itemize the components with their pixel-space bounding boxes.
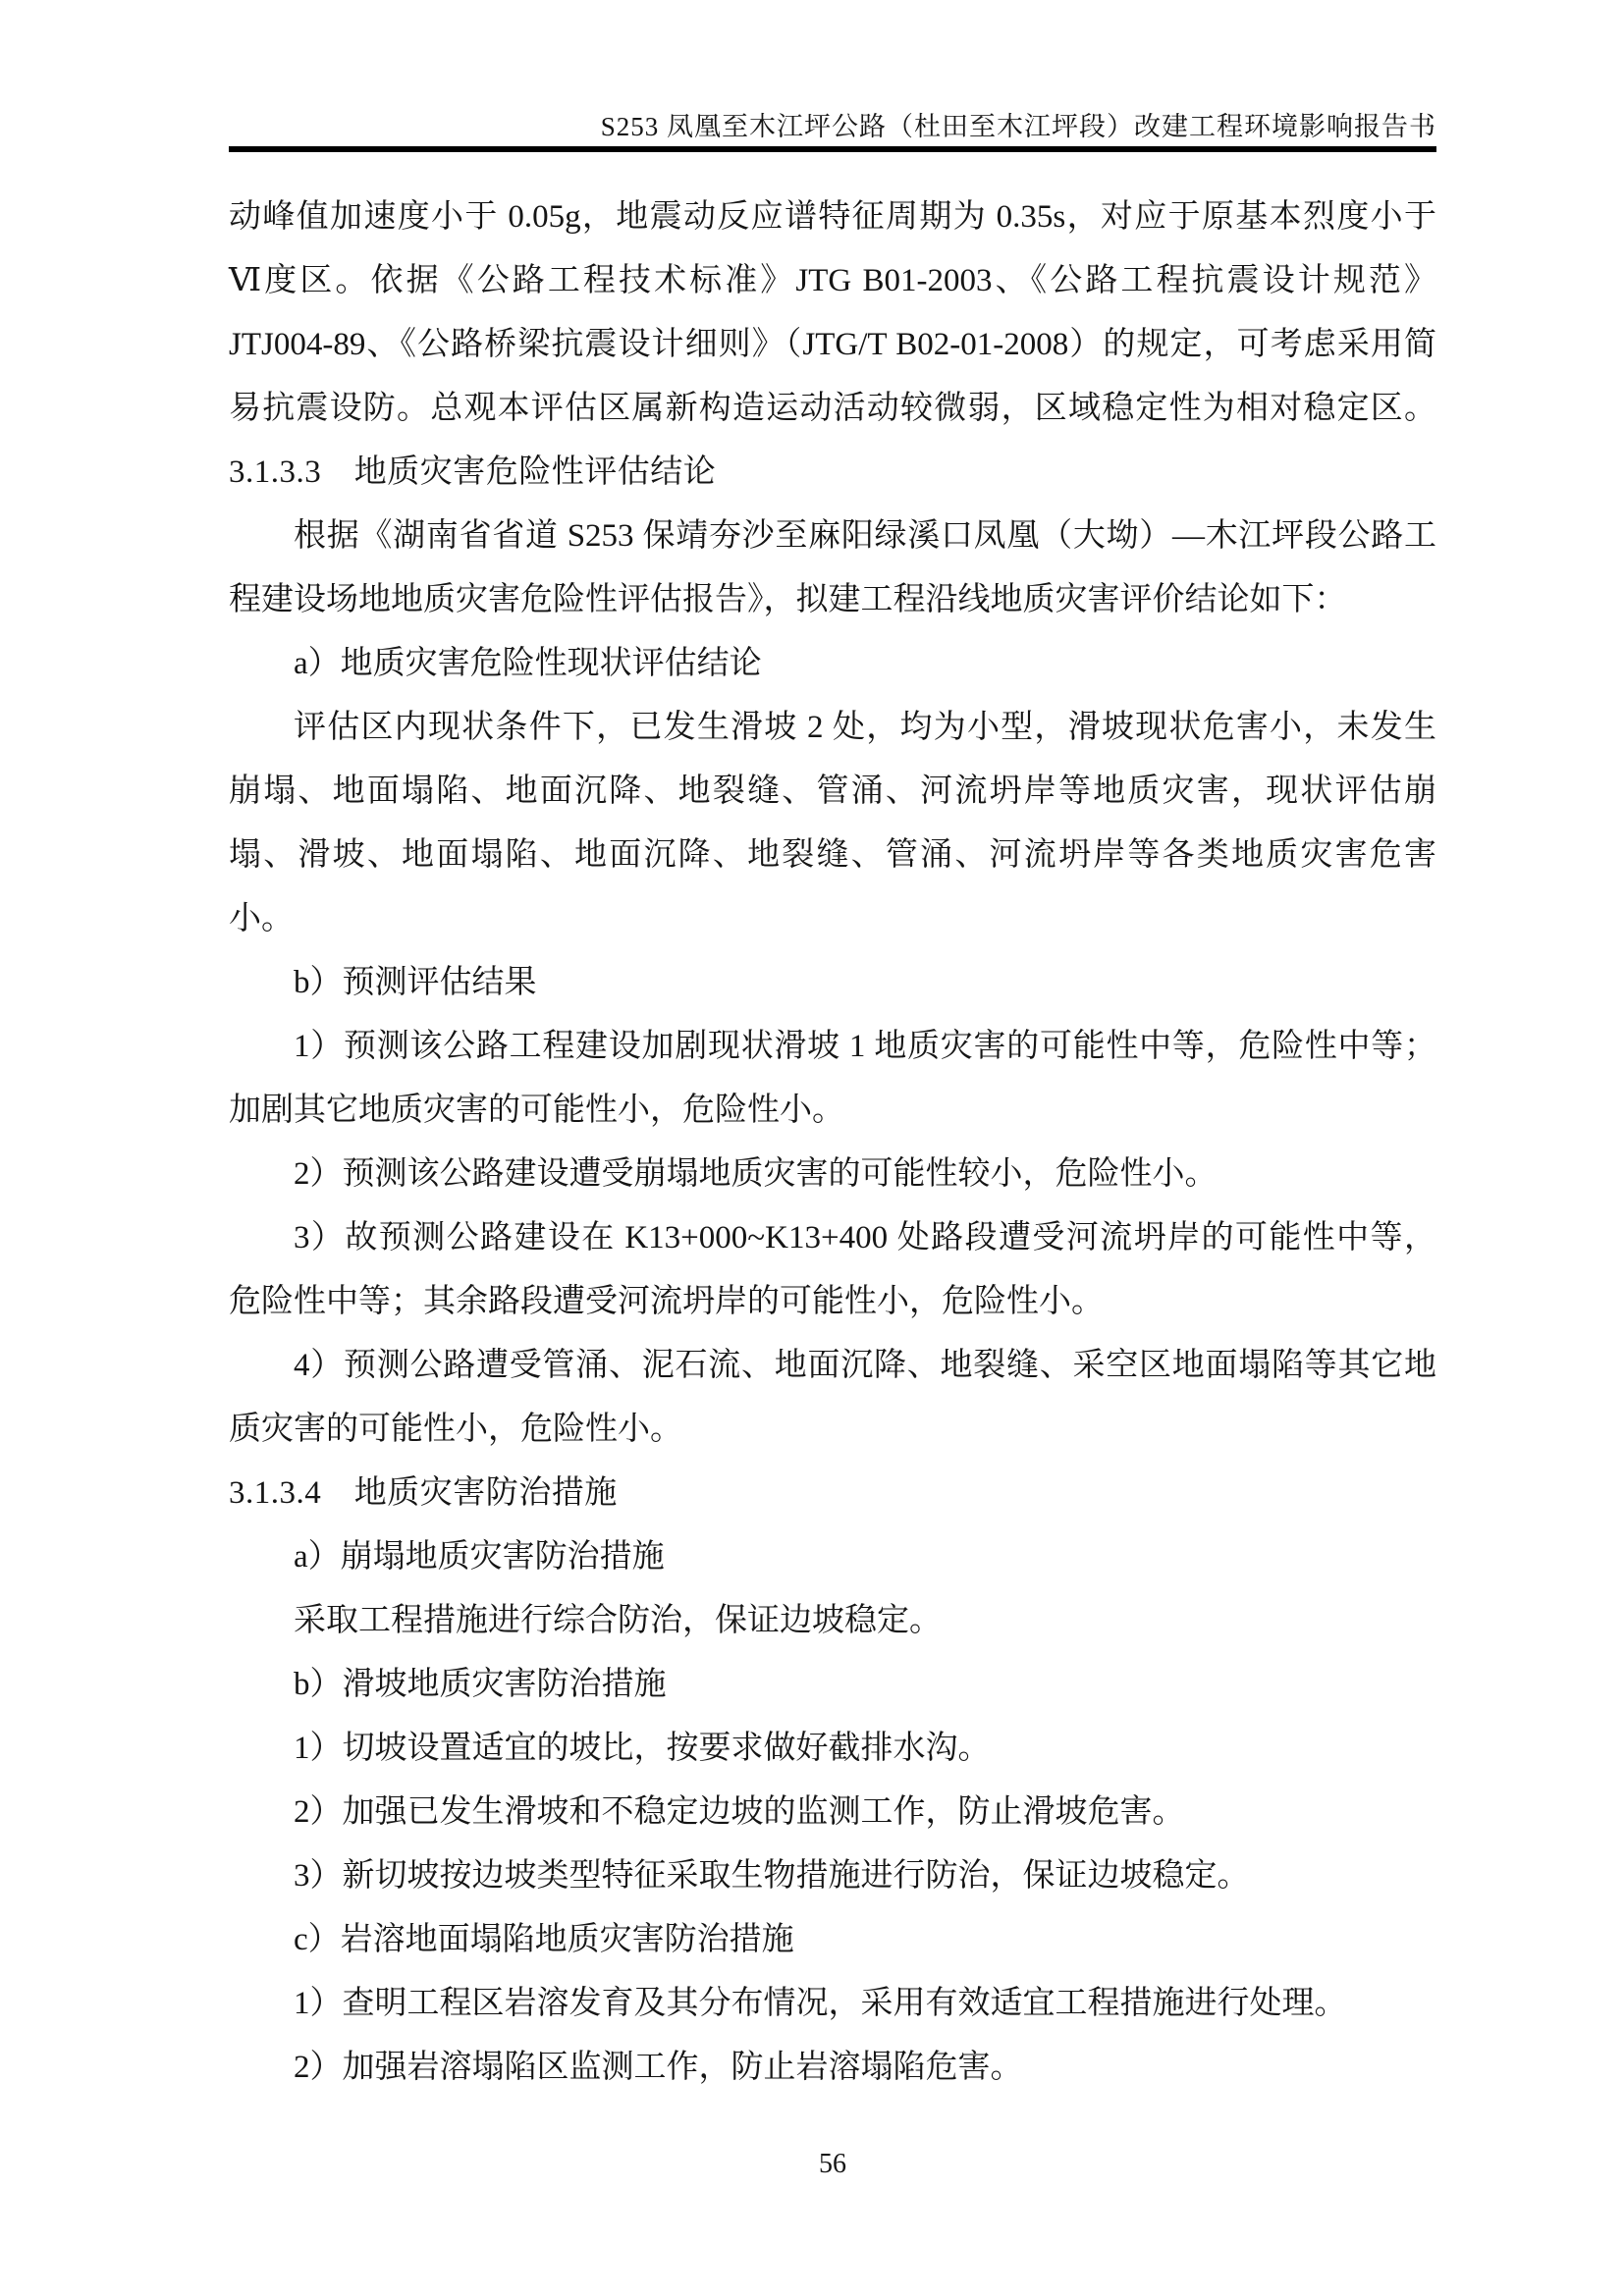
text-line: 根据《湖南省省道 S253 保靖夯沙至麻阳绿溪口凤凰（大坳）—木江坪段公路工	[229, 505, 1436, 568]
list-item: b）滑坡地质灾害防治措施	[229, 1653, 1436, 1717]
header-title: S253 凤凰至木江坪公路（杜田至木江坪段）改建工程环境影响报告书	[229, 110, 1436, 143]
section-heading: 3.1.3.3 地质灾害危险性评估结论	[229, 441, 1436, 505]
page-number: 56	[229, 2148, 1436, 2181]
list-item: c）岩溶地面塌陷地质灾害防治措施	[229, 1908, 1436, 1972]
list-item: a）崩塌地质灾害防治措施	[229, 1525, 1436, 1589]
text-line: 质灾害的可能性小，危险性小。	[229, 1398, 1436, 1462]
list-item: 2）加强岩溶塌陷区监测工作，防止岩溶塌陷危害。	[229, 2036, 1436, 2100]
list-item: 3）新切坡按边坡类型特征采取生物措施进行防治，保证边坡稳定。	[229, 1844, 1436, 1908]
list-item: 2）预测该公路建设遭受崩塌地质灾害的可能性较小，危险性小。	[229, 1143, 1436, 1206]
text-line: 塌、滑坡、地面塌陷、地面沉降、地裂缝、管涌、河流坍岸等各类地质灾害危害	[229, 824, 1436, 887]
list-item: 1）预测该公路工程建设加剧现状滑坡 1 地质灾害的可能性中等，危险性中等；	[229, 1015, 1436, 1079]
text-line: 小。	[229, 887, 1436, 951]
text-line: 采取工程措施进行综合防治，保证边坡稳定。	[229, 1589, 1436, 1653]
text-line: Ⅵ度区。依据《公路工程技术标准》JTG B01-2003、《公路工程抗震设计规范…	[229, 249, 1436, 313]
text-line: 程建设场地地质灾害危险性评估报告》，拟建工程沿线地质灾害评价结论如下：	[229, 568, 1436, 632]
document-page: S253 凤凰至木江坪公路（杜田至木江坪段）改建工程环境影响报告书 动峰值加速度…	[0, 0, 1624, 2296]
list-item: a）地质灾害危险性现状评估结论	[229, 632, 1436, 696]
text-line: 加剧其它地质灾害的可能性小，危险性小。	[229, 1079, 1436, 1143]
list-item: 4）预测公路遭受管涌、泥石流、地面沉降、地裂缝、采空区地面塌陷等其它地	[229, 1334, 1436, 1398]
text-line: 易抗震设防。总观本评估区属新构造运动活动较微弱，区域稳定性为相对稳定区。	[229, 377, 1436, 441]
list-item: 2）加强已发生滑坡和不稳定边坡的监测工作，防止滑坡危害。	[229, 1781, 1436, 1844]
text-line: 崩塌、地面塌陷、地面沉降、地裂缝、管涌、河流坍岸等地质灾害，现状评估崩	[229, 760, 1436, 824]
text-line: JTJ004-89、《公路桥梁抗震设计细则》（JTG/T B02-01-2008…	[229, 313, 1436, 377]
header-rule	[229, 146, 1436, 152]
list-item: b）预测评估结果	[229, 951, 1436, 1015]
list-item: 3）故预测公路建设在 K13+000~K13+400 处路段遭受河流坍岸的可能性…	[229, 1206, 1436, 1270]
list-item: 1）切坡设置适宜的坡比，按要求做好截排水沟。	[229, 1717, 1436, 1781]
section-heading: 3.1.3.4 地质灾害防治措施	[229, 1462, 1436, 1525]
text-line: 动峰值加速度小于 0.05g，地震动反应谱特征周期为 0.35s，对应于原基本烈…	[229, 186, 1436, 249]
document-body: 动峰值加速度小于 0.05g，地震动反应谱特征周期为 0.35s，对应于原基本烈…	[229, 186, 1436, 2100]
text-line: 评估区内现状条件下，已发生滑坡 2 处，均为小型，滑坡现状危害小，未发生	[229, 696, 1436, 760]
list-item: 1）查明工程区岩溶发育及其分布情况，采用有效适宜工程措施进行处理。	[229, 1972, 1436, 2036]
text-line: 危险性中等；其余路段遭受河流坍岸的可能性小，危险性小。	[229, 1270, 1436, 1334]
